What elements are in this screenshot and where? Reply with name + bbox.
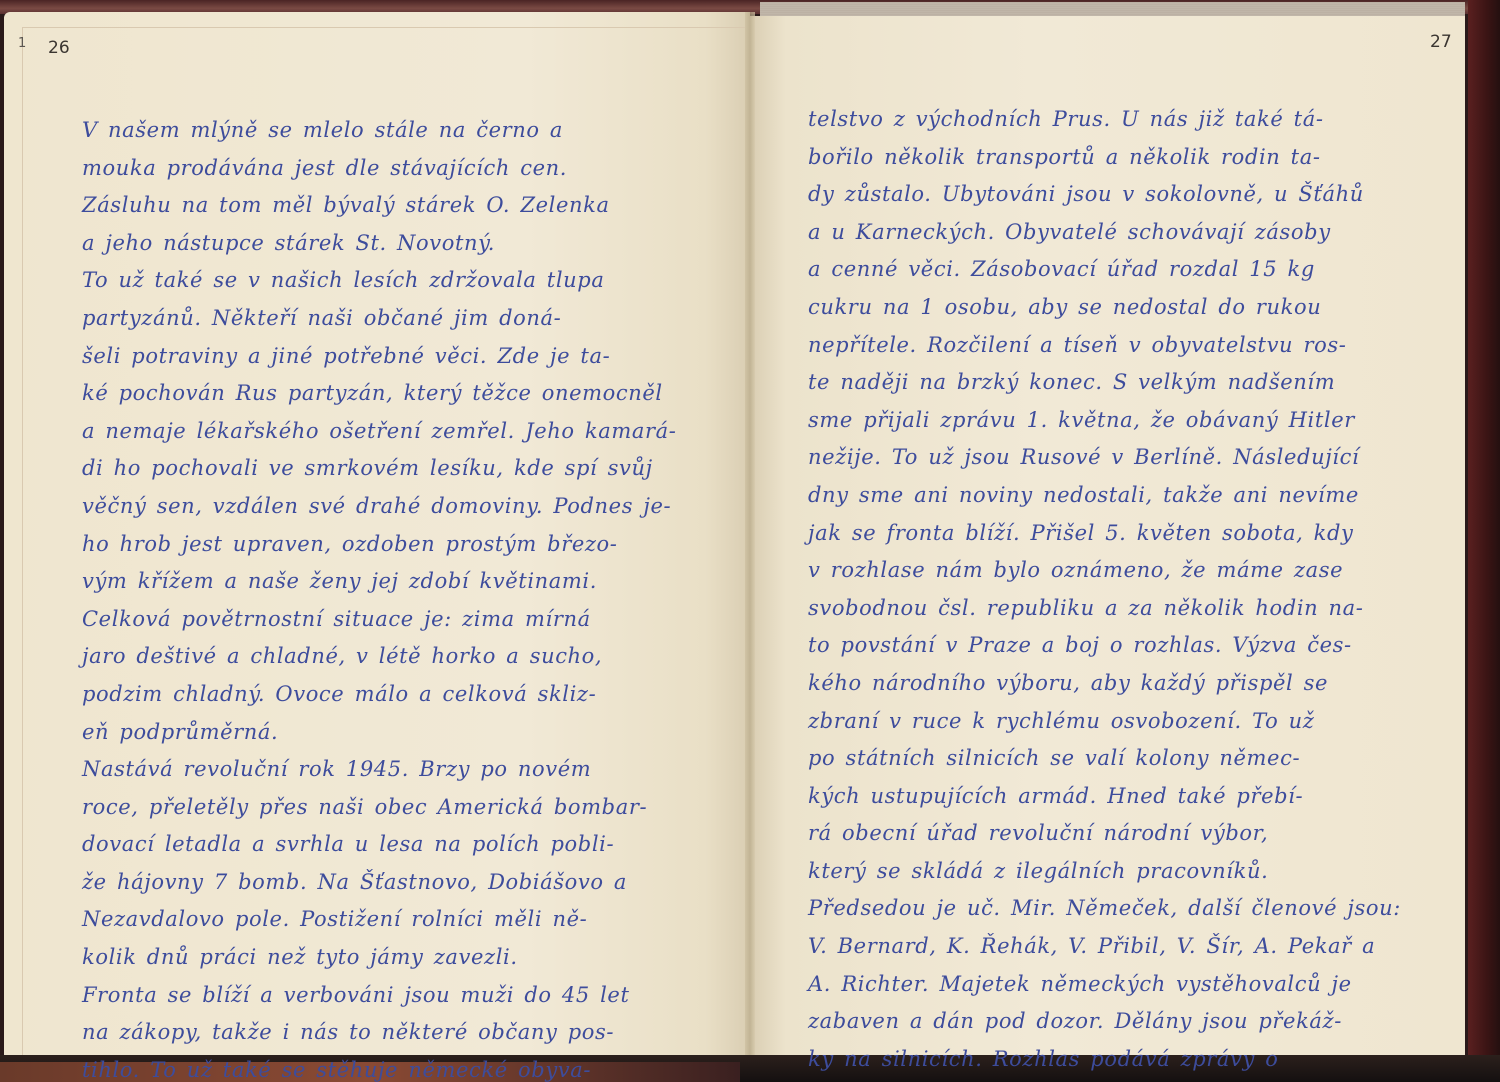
text-line: kého národního výboru, aby každý přispěl…	[808, 665, 1448, 703]
text-line: který se skládá z ilegálních pracovníků.	[808, 853, 1448, 891]
text-line: nepřítele. Rozčilení a tíseň v obyvatels…	[808, 327, 1448, 365]
text-line: podzim chladný. Ovoce málo a celková skl…	[82, 676, 742, 714]
page-edges	[760, 2, 1465, 16]
text-line: bořilo několik transportů a několik rodi…	[808, 139, 1448, 177]
text-line: partyzánů. Někteří naši občané jim doná-	[82, 300, 742, 338]
text-line: roce, přeletěly přes naši obec Americká …	[82, 789, 742, 827]
text-line: dny sme ani noviny nedostali, takže ani …	[808, 477, 1448, 515]
text-line: mouka prodávána jest dle stávajících cen…	[82, 150, 742, 188]
text-line: To už také se v našich lesích zdržovala …	[82, 262, 742, 300]
text-line: telstvo z východních Prus. U nás již tak…	[808, 101, 1448, 139]
text-line: a cenné věci. Zásobovací úřad rozdal 15 …	[808, 251, 1448, 289]
text-line: eň podprůměrná.	[82, 714, 742, 752]
text-line: a nemaje lékařského ošetření zemřel. Jeh…	[82, 413, 742, 451]
text-line: dovací letadla a svrhla u lesa na polích…	[82, 826, 742, 864]
text-line: kých ustupujících armád. Hned také přebí…	[808, 778, 1448, 816]
text-line: vým křížem a naše ženy jej zdobí květina…	[82, 563, 742, 601]
text-line: to povstání v Praze a boj o rozhlas. Výz…	[808, 627, 1448, 665]
margin-mark: 1	[18, 36, 26, 51]
text-line: di ho pochovali ve smrkovém lesíku, kde …	[82, 450, 742, 488]
book-gutter	[745, 12, 755, 1067]
text-line: Celková povětrnostní situace je: zima mí…	[82, 601, 742, 639]
text-line: šeli potraviny a jiné potřebné věci. Zde…	[82, 338, 742, 376]
text-line: ho hrob jest upraven, ozdoben prostým bř…	[82, 526, 742, 564]
text-line: dy zůstalo. Ubytováni jsou v sokolovně, …	[808, 176, 1448, 214]
right-page-text: telstvo z východních Prus. U nás již tak…	[808, 101, 1448, 1078]
text-line: a u Karneckých. Obyvatelé schovávají zás…	[808, 214, 1448, 252]
text-line: V. Bernard, K. Řehák, V. Přibil, V. Šír,…	[808, 928, 1448, 966]
text-line: Nezavdalovo pole. Postižení rolníci měli…	[82, 901, 742, 939]
text-line: Zásluhu na tom měl bývalý stárek O. Zele…	[82, 187, 742, 225]
text-line: zbraní v ruce k rychlému osvobození. To …	[808, 703, 1448, 741]
text-line: že hájovny 7 bomb. Na Šťastnovo, Dobiášo…	[82, 864, 742, 902]
left-page-text: V našem mlýně se mlelo stále na černo a …	[82, 112, 742, 1082]
text-line: věčný sen, vzdálen své drahé domoviny. P…	[82, 488, 742, 526]
text-line: jaro deštivé a chladné, v létě horko a s…	[82, 638, 742, 676]
text-line: ky na silnicích. Rozhlas podává zprávy o	[808, 1041, 1448, 1079]
text-line: Nastává revoluční rok 1945. Brzy po nové…	[82, 751, 742, 789]
text-line: Fronta se blíží a verbováni jsou muži do…	[82, 977, 742, 1015]
text-line: v rozhlase nám bylo oznámeno, že máme za…	[808, 552, 1448, 590]
text-line: A. Richter. Majetek německých vystěhoval…	[808, 966, 1448, 1004]
text-line: po státních silnicích se valí kolony něm…	[808, 740, 1448, 778]
text-line: svobodnou čsl. republiku a za několik ho…	[808, 590, 1448, 628]
text-line: tihlo. To už také se stěhuje německé oby…	[82, 1052, 742, 1082]
page-number-left: 26	[48, 38, 70, 58]
text-line: rá obecní úřad revoluční národní výbor,	[808, 815, 1448, 853]
text-line: cukru na 1 osobu, aby se nedostal do ruk…	[808, 289, 1448, 327]
text-line: ké pochován Rus partyzán, který těžce on…	[82, 375, 742, 413]
text-line: zabaven a dán pod dozor. Dělány jsou pře…	[808, 1003, 1448, 1041]
text-line: na zákopy, takže i nás to některé občany…	[82, 1014, 742, 1052]
text-line: kolik dnů práci než tyto jámy zavezli.	[82, 939, 742, 977]
text-line: sme přijali zprávu 1. května, že obávaný…	[808, 402, 1448, 440]
text-line: jak se fronta blíží. Přišel 5. květen so…	[808, 515, 1448, 553]
book-cover-edge	[1468, 0, 1500, 1082]
text-line: nežije. To už jsou Rusové v Berlíně. Nás…	[808, 439, 1448, 477]
page-number-right: 27	[1430, 32, 1452, 52]
text-line: te naději na brzký konec. S velkým nadše…	[808, 364, 1448, 402]
text-line: V našem mlýně se mlelo stále na černo a	[82, 112, 742, 150]
text-line: Předsedou je uč. Mir. Němeček, další čle…	[808, 890, 1448, 928]
text-line: a jeho nástupce stárek St. Novotný.	[82, 225, 742, 263]
